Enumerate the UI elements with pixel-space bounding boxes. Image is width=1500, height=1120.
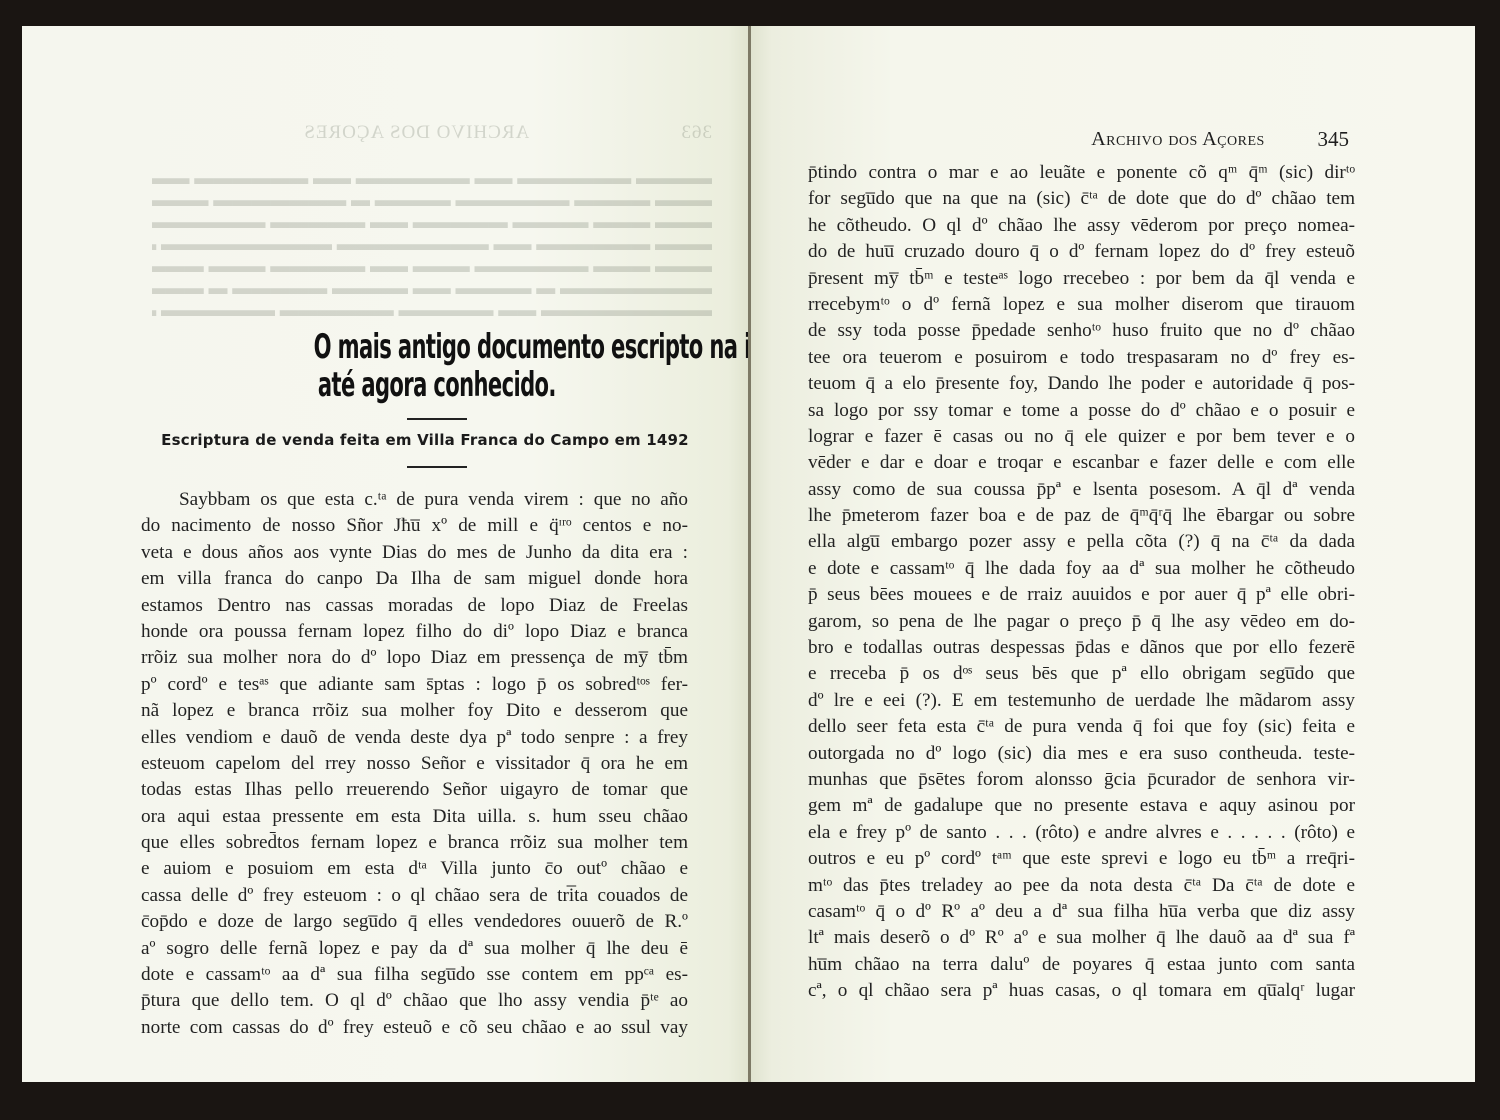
bleed-through-text: 363 ARCHIVO DOS AÇORES ▬▬▬▬ ▬▬▬▬▬▬ ▬▬ ▬▬… [152, 122, 712, 322]
left-page-body: Saybbam os que esta c.ᵗᵃ de pura venda v… [141, 487, 688, 1041]
text-line: dote e cassamᵗᵒ aa dª sua filha segu̅do … [141, 962, 688, 988]
text-line: ella algu̅ embargo pozer assy e pella cõ… [808, 529, 1355, 555]
text-line: vēder e dar e doar e troqar e escanbar e… [808, 450, 1355, 476]
text-line: em villa franca do canpo Da Ilha de sam … [141, 566, 688, 592]
text-line: he cõtheudo. O ql dº chãao lhe assy vēde… [808, 213, 1355, 239]
page-number: 345 [1318, 127, 1350, 152]
book-gutter [748, 26, 751, 1082]
text-line: estamos Dentro nas cassas moradas de lop… [141, 593, 688, 619]
right-page-body: p̄tindo contra o mar e ao leuãte e ponen… [808, 160, 1355, 1005]
text-line: mᵗᵒ das p̄tes treladey ao pee da nota de… [808, 873, 1355, 899]
text-line: elles vendiom e dauõ de venda deste dya … [141, 725, 688, 751]
text-line: esteuom capelom del rrey nosso Señor e v… [141, 751, 688, 777]
text-line: outorgada no dº logo (sic) dia mes e era… [808, 741, 1355, 767]
text-line: dello seer feta esta c̄ᵗᵃ de pura venda … [808, 714, 1355, 740]
text-line: p̄ seus bēes mouees e de rraiz auuidos e… [808, 582, 1355, 608]
text-line: e dote e cassamᵗᵒ q̄ lhe dada foy aa dª … [808, 556, 1355, 582]
text-line: gem mª de gadalupe que no presente estav… [808, 793, 1355, 819]
text-line: outros e eu pº cordº tᵃᵐ que este sprevi… [808, 846, 1355, 872]
text-line: garom, so pena de lhe pagar o preço p̄ q… [808, 609, 1355, 635]
text-line: norte com cassas do dº frey esteuõ e cõ … [141, 1015, 688, 1041]
text-line: todas estas Ilhas pello rreuerendo Señor… [141, 777, 688, 803]
text-line: teuom q̄ a elo p̄resente foy, Dando lhe … [808, 371, 1355, 397]
text-line: for segu̅do que na que na (sic) c̄ᵗᵃ de … [808, 186, 1355, 212]
title-divider-bottom [407, 466, 467, 468]
text-line: cassa delle dº frey esteuom : o ql chãao… [141, 883, 688, 909]
bleed-page-number: 363 [681, 122, 713, 144]
text-line: e rreceba p̄ os dᵒˢ seus bēs que pª ello… [808, 661, 1355, 687]
text-line: pº cordº e tesᵃˢ que adiante sam s̄ptas … [141, 672, 688, 698]
text-line: honde ora poussa fernam lopez filho do d… [141, 619, 688, 645]
text-line: p̄tura que dello tem. O ql dº chãao que … [141, 988, 688, 1014]
text-line: assy como de sua coussa p̄pª e lsenta po… [808, 477, 1355, 503]
text-line: munhas que p̄sētes forom alonsso ḡcia p̄… [808, 767, 1355, 793]
text-line: casamᵗᵒ q̄ o dº Rº aº deu a dª sua filha… [808, 899, 1355, 925]
text-line: de ssy toda posse p̄pedade senhoᵗᵒ huso … [808, 318, 1355, 344]
running-head: Archivo dos Açores [998, 128, 1358, 151]
text-line: Saybbam os que esta c.ᵗᵃ de pura venda v… [141, 487, 688, 513]
title-divider-top [407, 418, 467, 420]
text-line: do nacimento de nosso Sñor Jħu̅ xº de mi… [141, 513, 688, 539]
article-title: O mais antigo documento escripto na ilha… [122, 328, 752, 408]
text-line: bro e todallas outras despessas p̄das e … [808, 635, 1355, 661]
text-line: aº sogro delle fernã lopez e pay da dª s… [141, 936, 688, 962]
bleed-running-head: ARCHIVO DOS AÇORES [303, 122, 529, 144]
text-line: do de huu̅ cruzado douro q̄ o dº fernam … [808, 239, 1355, 265]
text-line: rrõiz sua molher nora do dº lopo Diaz em… [141, 645, 688, 671]
text-line: p̄tindo contra o mar e ao leuãte e ponen… [808, 160, 1355, 186]
text-line: e auiom e posuiom em esta dᵗᵃ Villa junt… [141, 856, 688, 882]
title-line-2: até agora conhecido. [318, 366, 556, 404]
text-line: que elles sobred̄tos fernam lopez e bran… [141, 830, 688, 856]
text-line: lhe p̄meterom fazer boa e de paz de q̄ᵐq… [808, 503, 1355, 529]
text-line: ela e frey pº de santo . . . (rôto) e an… [808, 820, 1355, 846]
text-line: veta e dous años aos vynte Dias do mes d… [141, 540, 688, 566]
right-page: Archivo dos Açores 345 p̄tindo contra o … [750, 26, 1475, 1082]
left-page: 363 ARCHIVO DOS AÇORES ▬▬▬▬ ▬▬▬▬▬▬ ▬▬ ▬▬… [22, 26, 750, 1082]
text-line: hu̅m chãao na terra daluº de poyares q̄ … [808, 952, 1355, 978]
text-line: dº lre e eei (?). E em testemunho de uer… [808, 688, 1355, 714]
text-line: sa logo por ssy tomar e tome a posse do … [808, 398, 1355, 424]
text-line: p̄resent my̅ tb̄ᵐ e testeᵃˢ logo rrecebe… [808, 266, 1355, 292]
text-line: cª, o ql chãao sera pª huas casas, o ql … [808, 978, 1355, 1004]
book-spread: 363 ARCHIVO DOS AÇORES ▬▬▬▬ ▬▬▬▬▬▬ ▬▬ ▬▬… [22, 26, 1475, 1082]
text-line: rrecebymᵗᵒ o dº fernã lopez e sua molher… [808, 292, 1355, 318]
text-line: c̄op̄do e doze de largo segu̅do q̄ elles… [141, 909, 688, 935]
text-line: ora aqui estaa pressente em esta Dita ui… [141, 804, 688, 830]
text-line: nã lopez e branca rrõiz sua molher foy D… [141, 698, 688, 724]
text-line: ltª mais deserõ o dº Rº aº e sua molher … [808, 925, 1355, 951]
text-line: tee ora teuerom e posuirom e todo trespa… [808, 345, 1355, 371]
text-line: lograr e fazer ē casas ou no q̄ ele quiz… [808, 424, 1355, 450]
article-subtitle: Escriptura de venda feita em Villa Franc… [150, 431, 700, 449]
